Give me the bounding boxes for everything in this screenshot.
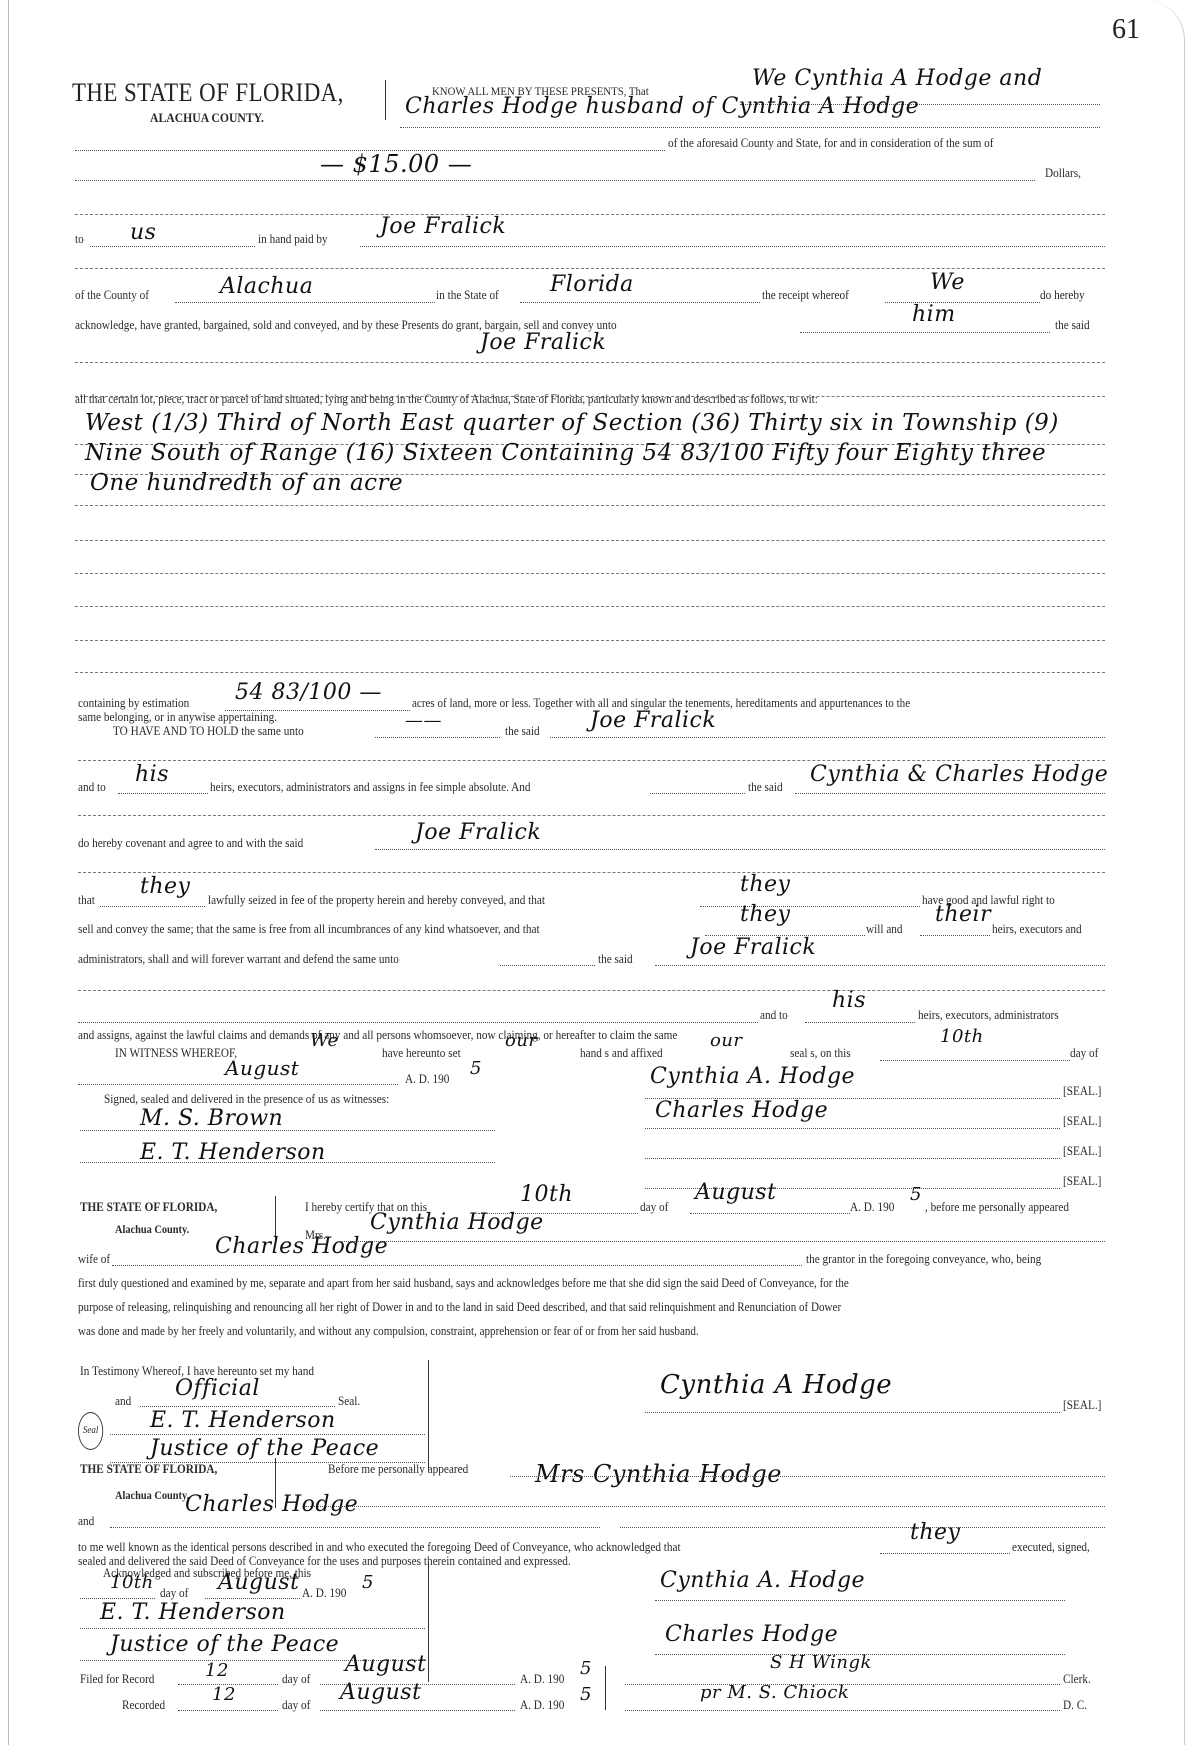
and-to-label: and to [78, 780, 106, 795]
blank-line [110, 1434, 425, 1435]
that-label: that [78, 893, 95, 908]
containing-label: containing by estimation [78, 696, 189, 711]
blank-line [500, 965, 595, 966]
cert2-officer-name: E. T. Henderson [100, 1600, 286, 1625]
cert1-county: Alachua County. [115, 1224, 189, 1236]
witness-we: We [310, 1030, 339, 1051]
appeared-text: , before me personally appeared [925, 1200, 1069, 1215]
to-label: to [75, 232, 84, 247]
recorded-year: 5 [580, 1684, 592, 1705]
grantor-text: the grantor in the foregoing conveyance,… [806, 1252, 1041, 1267]
recorded-day-of: day of [282, 1698, 310, 1713]
blank-line [360, 246, 1105, 247]
blank-line [75, 214, 1105, 215]
blank-line [690, 1213, 850, 1214]
grantors-line1: We Cynthia A Hodge and [752, 66, 1042, 91]
description-line-2: Nine South of Range (16) Sixteen Contain… [85, 440, 1046, 466]
administrators-text: administrators, shall and will forever w… [78, 952, 399, 967]
blank-line [178, 1710, 278, 1711]
wife-of-label: wife of [78, 1252, 110, 1267]
county-value: Alachua [220, 274, 313, 299]
will-and-text: will and [866, 922, 903, 937]
blank-line [78, 815, 1105, 816]
cert1-and: and [115, 1394, 131, 1409]
seal-1: [SEAL.] [1063, 1084, 1101, 1099]
habendum-grantors: Cynthia & Charles Hodge [810, 762, 1108, 787]
they-value-1: they [140, 874, 190, 899]
blank-line [645, 1128, 1060, 1129]
recording-brace [605, 1666, 606, 1710]
state-label: in the State of [436, 288, 499, 303]
blank-line [700, 906, 920, 907]
and-to-label-2: and to [760, 1008, 788, 1023]
the-said-text: the said [1055, 318, 1090, 333]
filed-day-of: day of [282, 1672, 310, 1687]
cert2-signature-2: Charles Hodge [665, 1622, 838, 1647]
recorded-ad: A. D. 190 [520, 1698, 564, 1713]
cert1-officer-title: Justice of the Peace [150, 1436, 379, 1461]
cert1-state: THE STATE OF FLORIDA, [80, 1200, 217, 1215]
blank-line [375, 849, 1105, 850]
blank-line [140, 1406, 335, 1407]
blank-line [375, 737, 500, 738]
deputy-clerk-signature: pr M. S. Chiock [700, 1682, 849, 1703]
witness-1: M. S. Brown [140, 1106, 283, 1131]
blank-line [645, 1158, 1060, 1159]
description-line-1: West (1/3) Third of North East quarter o… [85, 410, 1059, 436]
aforesaid-text: of the aforesaid County and State, for a… [668, 136, 994, 151]
blank-line [800, 332, 1050, 333]
cert2-state: THE STATE OF FLORIDA, [80, 1462, 217, 1477]
have-set-text: have hereunto set [382, 1046, 461, 1061]
they-value-3: they [740, 902, 790, 927]
heirs-admin-text: heirs, executors, administrators [918, 1008, 1059, 1023]
blank-line [75, 505, 1105, 506]
heirs-text: heirs, executors, administrators and ass… [210, 780, 531, 795]
blank-line [112, 1265, 802, 1266]
they-value-2: they [740, 872, 790, 897]
header-brace [385, 80, 386, 120]
consideration-amount: — $15.00 — [320, 150, 472, 178]
blank-line [805, 1022, 915, 1023]
to-have-text: TO HAVE AND TO HOLD the same unto [113, 724, 304, 739]
witness-year: 5 [470, 1058, 482, 1079]
blank-line [118, 793, 208, 794]
cert1-signature: Cynthia A Hodge [660, 1370, 892, 1400]
county-heading: ALACHUA COUNTY. [150, 110, 264, 126]
blank-line [880, 1553, 1010, 1554]
signature-1: Cynthia A. Hodge [650, 1064, 855, 1089]
county-label: of the County of [75, 288, 149, 303]
blank-line [90, 246, 255, 247]
blank-line [80, 1598, 155, 1599]
before-me-text: Before me personally appeared [328, 1462, 468, 1477]
signed-sealed-text: Signed, sealed and delivered in the pres… [104, 1092, 389, 1107]
recorded-month: August [340, 1680, 421, 1705]
paid-by-label: in hand paid by [258, 232, 328, 247]
notary-seal-stamp: Seal [78, 1412, 103, 1450]
clerk-signature: S H Wingk [770, 1652, 872, 1673]
recorded-day: 12 [212, 1684, 236, 1705]
day-of-text: day of [1070, 1046, 1098, 1061]
blank-line [75, 672, 1105, 673]
cert1-para-2: purpose of releasing, relinquishing and … [78, 1300, 841, 1315]
official-value: Official [175, 1376, 260, 1401]
cert2-person-1: Mrs Cynthia Hodge [535, 1460, 782, 1488]
seal-label: Seal. [338, 1394, 360, 1409]
blank-line [795, 793, 1105, 794]
blank-line [920, 935, 990, 936]
blank-line [80, 1628, 425, 1629]
the-said-text-2: the said [748, 780, 783, 795]
blank-line [880, 1060, 1070, 1061]
to-have-value: —— [405, 710, 442, 731]
seal-3: [SEAL.] [1063, 1144, 1101, 1159]
state-heading: THE STATE OF FLORIDA, [72, 78, 344, 108]
blank-line [78, 760, 1105, 761]
description-intro: all that certain lot, piece, tract or pa… [75, 392, 818, 407]
blank-line [510, 1476, 1105, 1477]
in-witness-text: IN WITNESS WHEREOF, [115, 1046, 237, 1061]
known-text: to me well known as the identical person… [78, 1540, 681, 1555]
recorded-label: Recorded [122, 1698, 165, 1713]
cert2-signature-1: Cynthia A. Hodge [660, 1568, 865, 1593]
blank-line [655, 1600, 1065, 1601]
witness-our-2: our [710, 1030, 743, 1051]
covenant-text: do hereby covenant and agree to and with… [78, 836, 303, 851]
cert1-month: August [695, 1180, 776, 1205]
cert2-they: they [910, 1520, 960, 1545]
blank-line [305, 1506, 1105, 1507]
executed-text: executed, signed, [1012, 1540, 1090, 1555]
blank-line [75, 606, 1105, 607]
blank-line [75, 640, 1105, 641]
cert2-and: and [78, 1514, 94, 1529]
their-value: their [935, 902, 991, 927]
filed-month: August [345, 1652, 426, 1677]
blank-line [78, 872, 1105, 873]
cert1-testimony-brace [428, 1360, 429, 1470]
the-said-text-3: the said [598, 952, 633, 967]
ad-text: A. D. 190 [405, 1072, 449, 1087]
blank-line [100, 906, 205, 907]
cert1-seal: [SEAL.] [1063, 1398, 1101, 1413]
paid-by-value: Joe Fralick [380, 214, 506, 239]
witness-our-1: our [505, 1030, 538, 1051]
filed-ad: A. D. 190 [520, 1672, 564, 1687]
blank-line [205, 1598, 300, 1599]
blank-line [620, 1527, 1105, 1528]
blank-line [520, 302, 760, 303]
cert2-day-of: day of [160, 1586, 188, 1601]
warranty-grantee: Joe Fralick [690, 935, 816, 960]
blank-line [75, 180, 1035, 181]
description-line-3: One hundredth of an acre [90, 470, 403, 496]
witness-day: 10th [940, 1026, 984, 1047]
page-number: 61 [1112, 14, 1140, 46]
blank-line [80, 1162, 495, 1163]
blank-line [340, 1241, 1105, 1242]
state-value: Florida [550, 272, 634, 297]
cert1-year: 5 [910, 1184, 922, 1205]
cert1-husband: Charles Hodge [215, 1234, 388, 1259]
blank-line [655, 965, 1105, 966]
signature-2: Charles Hodge [655, 1098, 828, 1123]
cert1-day: 10th [520, 1182, 573, 1207]
acres-value: 54 83/100 — [235, 680, 382, 705]
sell-convey-text: sell and convey the same; that the same … [78, 922, 540, 937]
cert2-county: Alachua County. [115, 1490, 189, 1502]
blank-line [80, 1130, 495, 1131]
receipt-value: We [930, 270, 965, 295]
blank-line [110, 1527, 600, 1528]
hands-text: hand s and affixed [580, 1046, 663, 1061]
the-said-text: the said [505, 724, 540, 739]
blank-line [320, 1710, 515, 1711]
witness-month: August [225, 1056, 299, 1080]
his-value-2: his [832, 988, 866, 1013]
clerk-label: Clerk. [1063, 1672, 1091, 1687]
blank-line [75, 362, 1105, 363]
grantee-name: Joe Fralick [480, 330, 606, 355]
filed-day: 12 [205, 1660, 229, 1681]
dc-label: D. C. [1063, 1698, 1087, 1713]
filed-label: Filed for Record [80, 1672, 154, 1687]
cert2-ack-brace [428, 1562, 429, 1682]
cert1-officer-name: E. T. Henderson [150, 1408, 336, 1433]
blank-line [175, 302, 435, 303]
receipt-label: the receipt whereof [762, 288, 849, 303]
blank-line [885, 302, 1040, 303]
blank-line [625, 1710, 1060, 1711]
filed-year: 5 [580, 1658, 592, 1679]
covenant-value: Joe Fralick [415, 820, 541, 845]
blank-line [75, 268, 1105, 269]
cert2-year: 5 [362, 1572, 374, 1593]
belonging-text: same belonging, or in anywise appertaini… [78, 710, 277, 725]
habendum-grantee: Joe Fralick [590, 708, 716, 733]
unto-value: him [912, 302, 956, 327]
blank-line [78, 1084, 398, 1085]
cert2-officer-title: Justice of the Peace [110, 1632, 339, 1657]
grantors-line2: Charles Hodge husband of Cynthia A Hodge [405, 94, 919, 119]
blank-line [75, 540, 1105, 541]
cert2-person-2: Charles Hodge [185, 1492, 358, 1517]
cert1-mrs-name: Cynthia Hodge [370, 1210, 544, 1235]
to-value: us [130, 220, 156, 245]
seal-4: [SEAL.] [1063, 1174, 1101, 1189]
blank-line [400, 127, 1100, 128]
cert1-day-of: day of [640, 1200, 668, 1215]
blank-line [650, 793, 745, 794]
blank-line [75, 573, 1105, 574]
seals-text: seal s, on this [790, 1046, 851, 1061]
seal-2: [SEAL.] [1063, 1114, 1101, 1129]
heirs-exec-text: heirs, executors and [992, 922, 1082, 937]
cert1-para-1: first duly questioned and examined by me… [78, 1276, 849, 1291]
blank-line [645, 1412, 1060, 1413]
do-hereby-text: do hereby [1040, 288, 1085, 303]
cert2-month: August [218, 1570, 299, 1595]
blank-line [550, 737, 1105, 738]
dollars-text: Dollars, [1045, 166, 1081, 181]
cert2-day: 10th [110, 1572, 154, 1593]
assigns-text: and assigns, against the lawful claims a… [78, 1028, 677, 1043]
seized-text: lawfully seized in fee of the property h… [208, 893, 545, 908]
cert2-ad: A. D. 190 [302, 1586, 346, 1601]
blank-line [78, 1022, 758, 1023]
blank-line [78, 990, 1105, 991]
cert1-ad: A. D. 190 [850, 1200, 894, 1215]
his-value: his [135, 762, 169, 787]
cert1-para-3: was done and made by her freely and volu… [78, 1324, 699, 1339]
